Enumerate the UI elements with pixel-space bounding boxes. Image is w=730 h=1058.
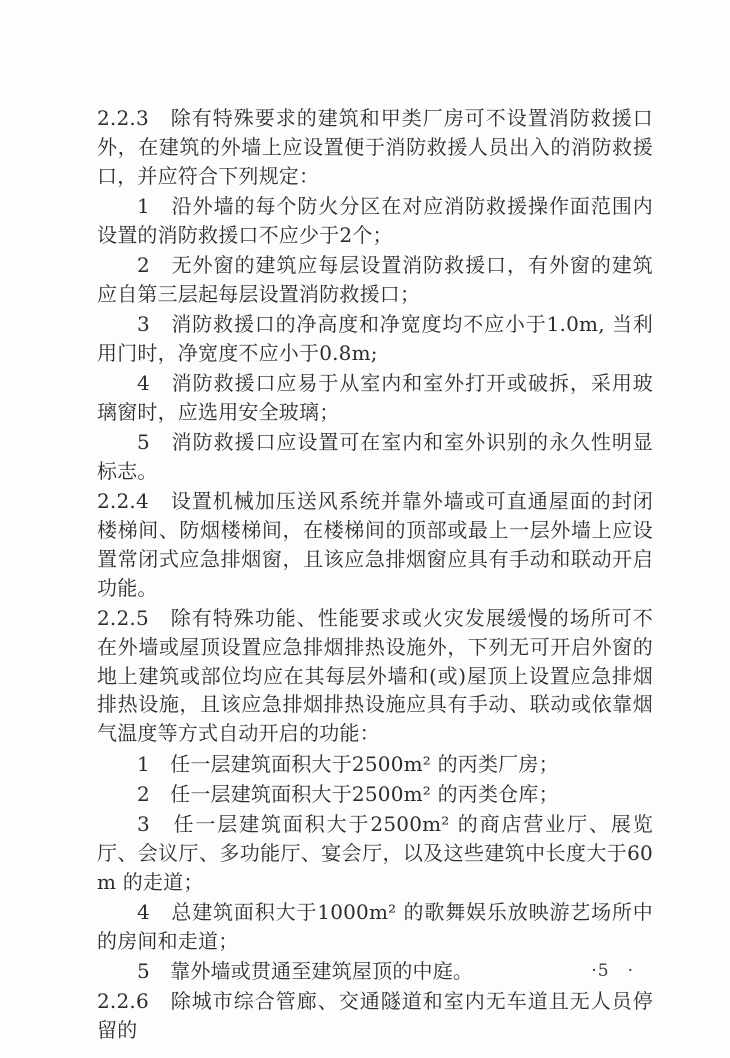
clause-2-2-5-item-4: 4 总建筑面积大于1000m² 的歌舞娱乐放映游艺场所中的房间和走道； xyxy=(97,898,653,956)
clause-2-2-4: 2.2.4 设置机械加压送风系统并靠外墙或可直通屋面的封闭楼梯间、防烟楼梯间，在… xyxy=(97,487,653,602)
clause-2-2-6: 2.2.6 除城市综合管廊、交通隧道和室内无车道且无人员停留的 xyxy=(97,987,653,1045)
clause-2-2-5-item-3: 3 任一层建筑面积大于2500m² 的商店营业厅、展览厅、会议厅、多功能厅、宴会… xyxy=(97,810,653,896)
page-number: ·5 · xyxy=(591,961,634,981)
clause-2-2-3-item-2: 2 无外窗的建筑应每层设置消防救援口，有外窗的建筑应自第三层起每层设置消防救援口… xyxy=(97,251,653,309)
page-text-block: 2.2.3 除有特殊要求的建筑和甲类厂房可不设置消防救援口外，在建筑的外墙上应设… xyxy=(97,104,653,1047)
clause-2-2-3-item-5: 5 消防救援口应设置可在室内和室外识别的永久性明显标志。 xyxy=(97,428,653,486)
clause-2-2-3-item-1: 1 沿外墙的每个防火分区在对应消防救援操作面范围内设置的消防救援口不应少于2个； xyxy=(97,192,653,250)
clause-2-2-5: 2.2.5 除有特殊功能、性能要求或火灾发展缓慢的场所可不在外墙或屋顶设置应急排… xyxy=(97,604,653,748)
clause-2-2-3-item-4: 4 消防救援口应易于从室内和室外打开或破拆，采用玻璃窗时，应选用安全玻璃； xyxy=(97,369,653,427)
clause-2-2-3-item-3: 3 消防救援口的净高度和净宽度均不应小于1.0m, 当利用门时，净宽度不应小于0… xyxy=(97,310,653,368)
scanned-document-page: 2.2.3 除有特殊要求的建筑和甲类厂房可不设置消防救援口外，在建筑的外墙上应设… xyxy=(0,0,730,1058)
clause-2-2-3: 2.2.3 除有特殊要求的建筑和甲类厂房可不设置消防救援口外，在建筑的外墙上应设… xyxy=(97,104,653,190)
clause-2-2-5-item-5: 5 靠外墙或贯通至建筑屋顶的中庭。 xyxy=(97,957,653,986)
clause-2-2-5-item-1: 1 任一层建筑面积大于2500m² 的丙类厂房； xyxy=(97,750,653,779)
clause-2-2-5-item-2: 2 任一层建筑面积大于2500m² 的丙类仓库； xyxy=(97,780,653,809)
